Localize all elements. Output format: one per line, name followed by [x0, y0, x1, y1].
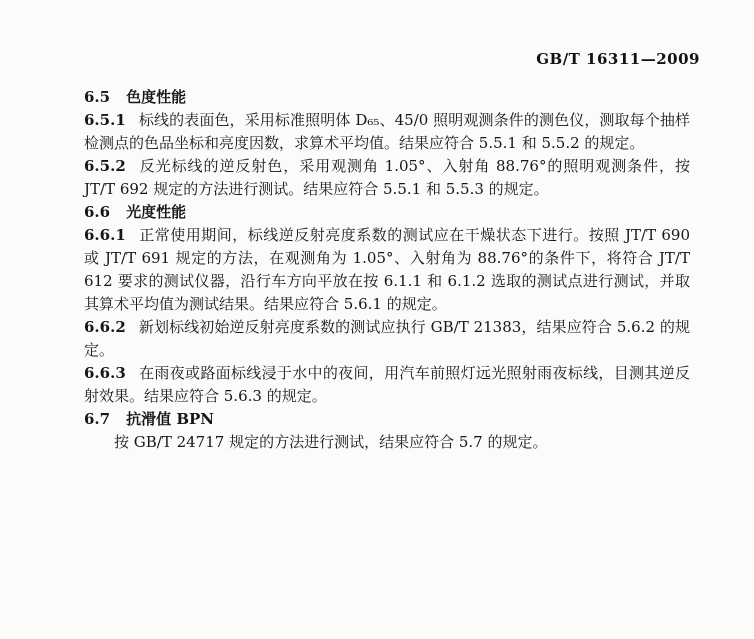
clause-number: 6.6.1 [84, 226, 139, 244]
clause-number: 6.5.2 [84, 157, 139, 175]
clause-number: 6.6.3 [84, 364, 139, 382]
clause-text: 正常使用期间，标线逆反射亮度系数的测试应在干燥状态下进行。按照 JT/T 690… [84, 226, 690, 313]
clause-text: 在雨夜或路面标线浸于水中的夜间，用汽车前照灯远光照射雨夜标线，目测其逆反射效果。… [84, 364, 690, 405]
standard-number-header: GB/T 16311—2009 [536, 50, 700, 68]
section-title: 色度性能 [126, 88, 186, 106]
document-body: 6.5色度性能 6.5.1标线的表面色，采用标准照明体 D₆₅、45/0 照明观… [84, 86, 690, 454]
clause-text: 标线的表面色，采用标准照明体 D₆₅、45/0 照明观测条件的测色仪，测取每个抽… [84, 111, 690, 152]
section-number: 6.5 [84, 88, 126, 106]
clause-6-7-body: 按 GB/T 24717 规定的方法进行测试，结果应符合 5.7 的规定。 [84, 431, 690, 454]
section-heading-6-7: 6.7抗滑值 BPN [84, 408, 690, 431]
document-page: GB/T 16311—2009 6.5色度性能 6.5.1标线的表面色，采用标准… [0, 0, 754, 639]
clause-number: 6.6.2 [84, 318, 139, 336]
section-number: 6.6 [84, 203, 126, 221]
clause-6-5-2: 6.5.2反光标线的逆反射色，采用观测角 1.05°、入射角 88.76°的照明… [84, 155, 690, 201]
clause-text: 反光标线的逆反射色，采用观测角 1.05°、入射角 88.76°的照明观测条件，… [84, 157, 690, 198]
section-number: 6.7 [84, 410, 126, 428]
section-heading-6-6: 6.6光度性能 [84, 201, 690, 224]
section-title: 光度性能 [126, 203, 186, 221]
clause-6-5-1: 6.5.1标线的表面色，采用标准照明体 D₆₅、45/0 照明观测条件的测色仪，… [84, 109, 690, 155]
section-heading-6-5: 6.5色度性能 [84, 86, 690, 109]
clause-text: 按 GB/T 24717 规定的方法进行测试，结果应符合 5.7 的规定。 [114, 433, 547, 451]
clause-6-6-1: 6.6.1正常使用期间，标线逆反射亮度系数的测试应在干燥状态下进行。按照 JT/… [84, 224, 690, 316]
clause-6-6-2: 6.6.2新划标线初始逆反射亮度系数的测试应执行 GB/T 21383，结果应符… [84, 316, 690, 362]
section-title: 抗滑值 BPN [126, 410, 214, 428]
clause-6-6-3: 6.6.3在雨夜或路面标线浸于水中的夜间，用汽车前照灯远光照射雨夜标线，目测其逆… [84, 362, 690, 408]
clause-text: 新划标线初始逆反射亮度系数的测试应执行 GB/T 21383，结果应符合 5.6… [84, 318, 690, 359]
clause-number: 6.5.1 [84, 111, 139, 129]
